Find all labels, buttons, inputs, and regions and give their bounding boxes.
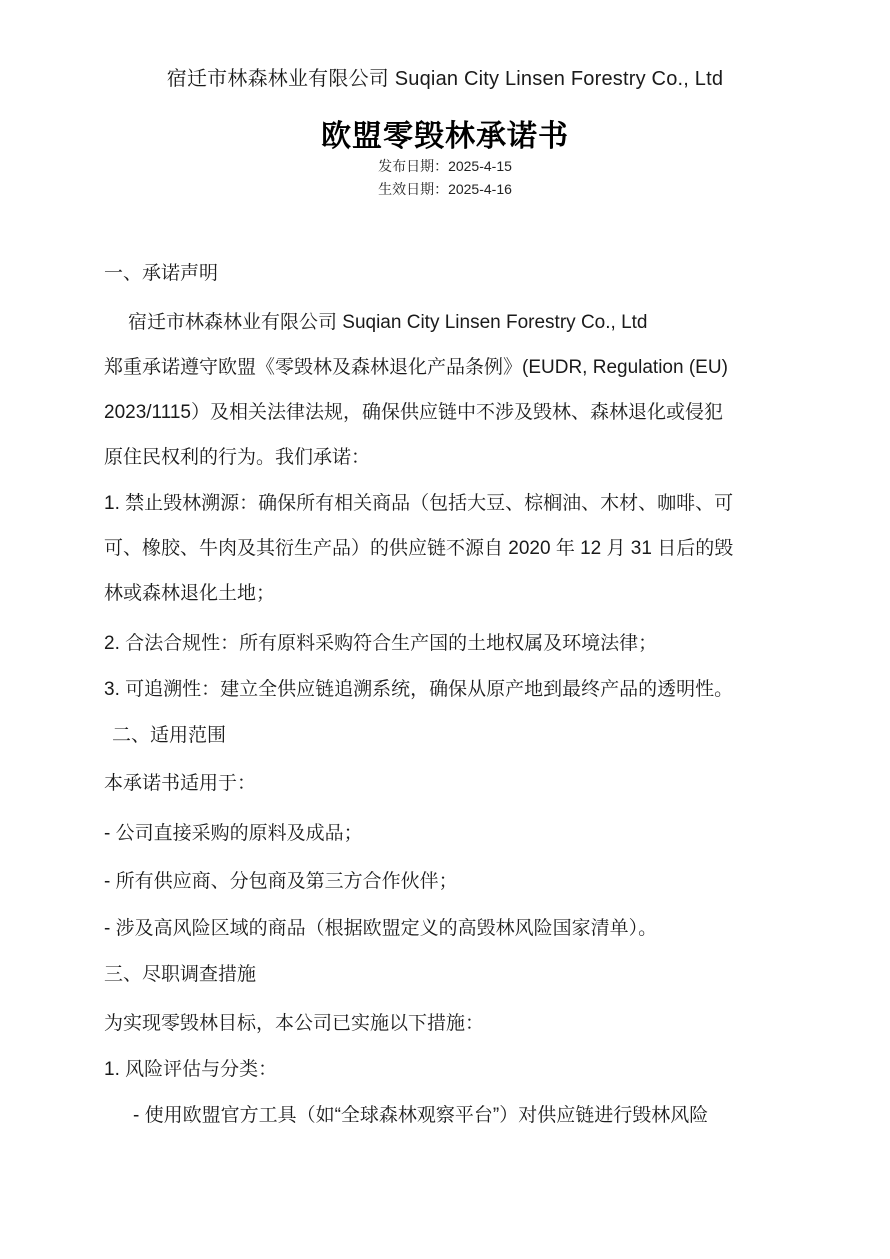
section-heading-commitment: 一、承诺声明 (104, 258, 218, 285)
scope-item: - 所有供应商、分包商及第三方合作伙伴； (104, 866, 458, 893)
commitment-item-3: 3. 可追溯性：建立全供应链追溯系统，确保从原产地到最终产品的透明性。 (104, 674, 733, 701)
section-heading-due-diligence: 三、尽职调查措施 (104, 959, 256, 986)
effective-date: 生效日期：2025-4-16 (0, 179, 890, 199)
document-page: 宿迁市林森林业有限公司 Suqian City Linsen Forestry … (0, 0, 890, 1259)
commitment-item-1-cont: 林或森林退化土地； (104, 578, 275, 605)
commitment-company-line: 宿迁市林森林业有限公司 Suqian City Linsen Forestry … (128, 307, 647, 334)
commitment-text-line: 原住民权利的行为。我们承诺： (104, 442, 370, 469)
commitment-item-1-cont: 可、橡胶、牛肉及其衍生产品）的供应链不源自 2020 年 12 月 31 日后的… (104, 533, 733, 560)
document-title: 欧盟零毁林承诺书 (0, 111, 890, 155)
commitment-item-1: 1. 禁止毁林溯源：确保所有相关商品（包括大豆、棕榈油、木材、咖啡、可 (104, 488, 733, 515)
scope-item: - 公司直接采购的原料及成品； (104, 818, 363, 845)
due-diligence-subitem: - 使用欧盟官方工具（如“全球森林观察平台”）对供应链进行毁林风险 (133, 1100, 708, 1127)
due-diligence-item-1: 1. 风险评估与分类： (104, 1054, 277, 1081)
company-header: 宿迁市林森林业有限公司 Suqian City Linsen Forestry … (0, 62, 890, 91)
publish-date: 发布日期：2025-4-15 (0, 156, 890, 176)
section-heading-scope: 二、适用范围 (112, 720, 226, 747)
scope-item: - 涉及高风险区域的商品（根据欧盟定义的高毁林风险国家清单）。 (104, 913, 657, 940)
commitment-text-line: 郑重承诺遵守欧盟《零毁林及森林退化产品条例》(EUDR, Regulation … (104, 352, 728, 379)
commitment-text-line: 2023/1115）及相关法律法规，确保供应链中不涉及毁林、森林退化或侵犯 (104, 397, 723, 424)
commitment-item-2: 2. 合法合规性：所有原料采购符合生产国的土地权属及环境法律； (104, 628, 657, 655)
scope-intro: 本承诺书适用于： (104, 768, 256, 795)
due-diligence-intro: 为实现零毁林目标，本公司已实施以下措施： (104, 1008, 484, 1035)
